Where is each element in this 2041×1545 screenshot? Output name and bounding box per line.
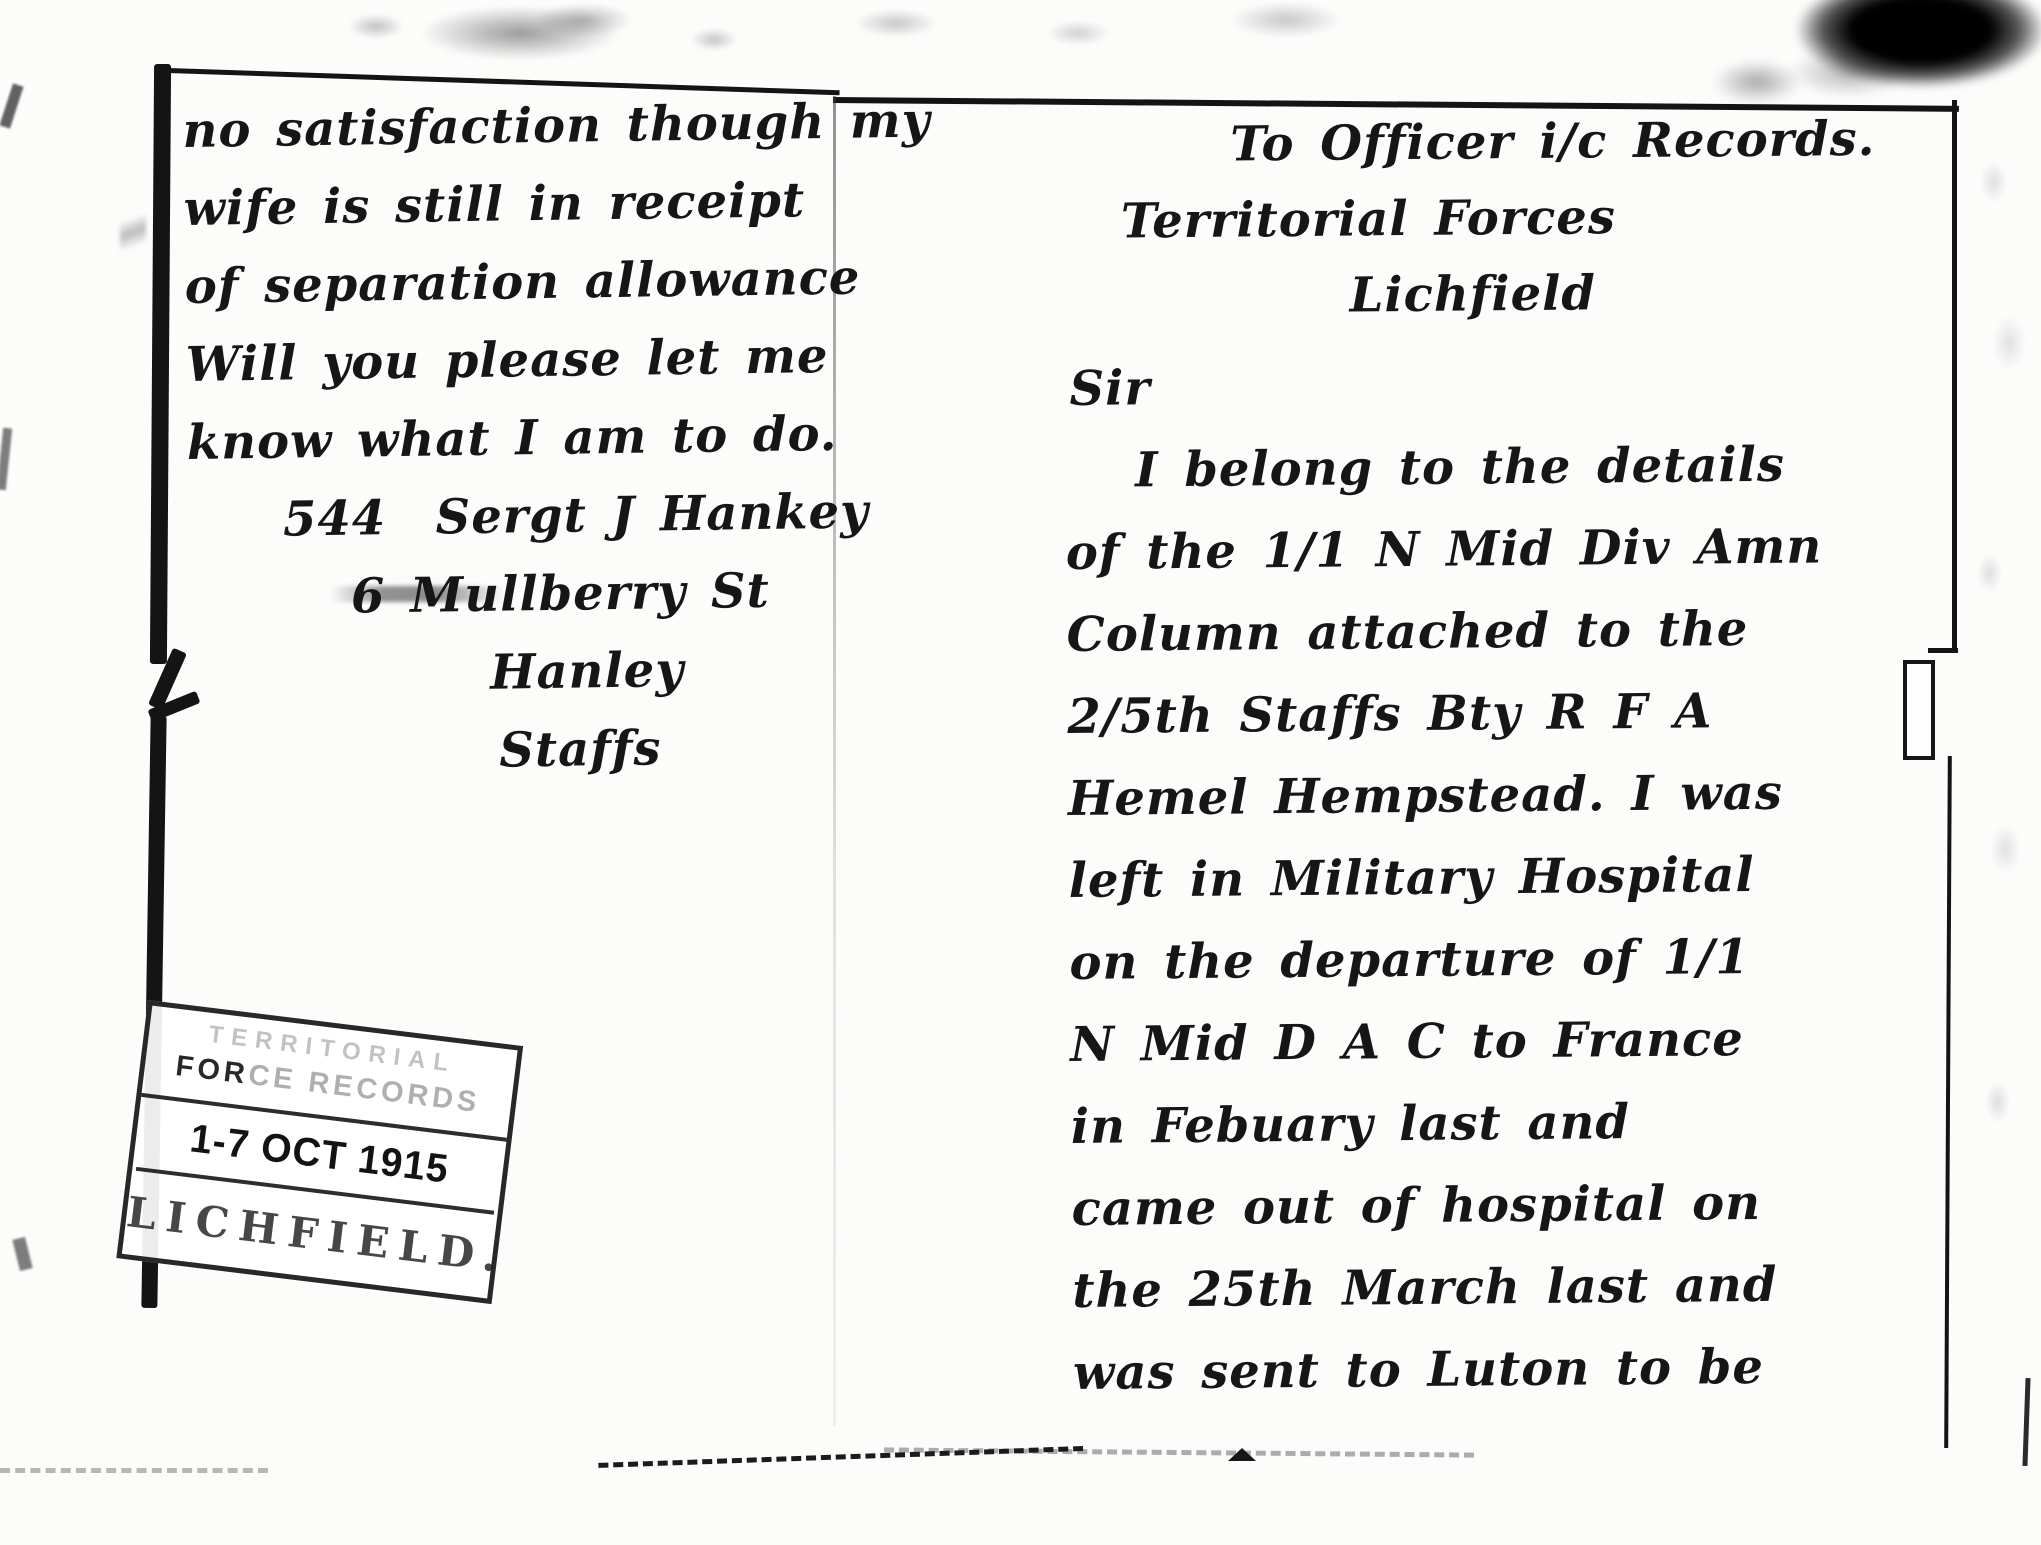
handwritten-line: left in Military Hospital	[1068, 833, 1882, 922]
handwritten-line-addressee: To Officer i/c Records.	[1062, 101, 1876, 184]
handwritten-line: was sent to Luton to be	[1073, 1325, 1887, 1414]
right-page-edge-tip	[2022, 1378, 2030, 1466]
right-page-right-edge	[1952, 100, 1957, 648]
handwritten-line: N Mid D A C to France	[1070, 997, 1884, 1086]
bottom-edge-mark	[1228, 1448, 1256, 1461]
handwritten-line: of the 1/1 N Mid Div Amn	[1066, 505, 1880, 594]
bottom-edge-dashed	[0, 1468, 268, 1473]
handwritten-line: Hemel Hempstead. I was	[1068, 751, 1882, 840]
handwritten-line-signature: 544 Sergt J Hankey	[187, 472, 936, 560]
handwritten-line: of separation allowance	[184, 238, 933, 326]
handwritten-line: came out of hospital on	[1071, 1161, 1885, 1250]
handwritten-line: no satisfaction though my	[182, 82, 931, 170]
handwritten-line: in Febuary last and	[1071, 1079, 1885, 1168]
handwritten-line: wife is still in receipt	[183, 160, 932, 248]
scan-mark-left-4	[120, 200, 146, 264]
right-page-edge-step	[1928, 648, 1958, 653]
scan-smudge-top	[220, 0, 1520, 66]
handwritten-line-addressee: Lichfield	[1063, 253, 1877, 336]
scan-smudge-top-dark	[420, 6, 620, 60]
handwritten-line-address: 6 Mullberry St	[189, 550, 938, 638]
handwritten-line-address: Staffs	[191, 705, 940, 793]
handwritten-line: Column attached to the	[1066, 587, 1880, 676]
handwritten-line: on the departure of 1/1	[1069, 915, 1883, 1004]
handwritten-line: know what I am to do.	[186, 394, 935, 482]
left-page-left-edge	[150, 64, 171, 664]
handwritten-line: 2/5th Staffs Bty R F A	[1067, 669, 1881, 758]
scan-mark-left-1	[0, 83, 24, 128]
scan-noise-right-margin	[1962, 90, 2041, 1240]
letter-scan: no satisfaction though my wife is still …	[0, 0, 2041, 1545]
handwritten-line: Will you please let me	[185, 316, 934, 404]
handwritten-line-salutation: Sir	[1064, 341, 1878, 430]
received-stamp: TERRITORIAL FORCE RECORDS 1-7 OCT 1915 L…	[116, 1000, 523, 1304]
ink-blot-top-right	[1795, 0, 2041, 88]
right-page-edge-notch	[1903, 660, 1935, 760]
bottom-edge-dashed	[884, 1447, 1474, 1457]
handwritten-line-address: Hanley	[190, 628, 939, 716]
handwritten-line-addressee: Territorial Forces	[1063, 177, 1877, 260]
left-page-text: no satisfaction though my wife is still …	[182, 82, 940, 794]
scan-mark-left-2	[0, 428, 12, 491]
handwritten-line: I belong to the details	[1065, 423, 1879, 512]
handwritten-line: the 25th March last and	[1072, 1243, 1886, 1332]
right-page-text: To Officer i/c Records. Territorial Forc…	[1062, 101, 1886, 1414]
scan-mark-left-3	[12, 1237, 32, 1271]
right-page-right-edge-lower	[1944, 756, 1952, 1448]
